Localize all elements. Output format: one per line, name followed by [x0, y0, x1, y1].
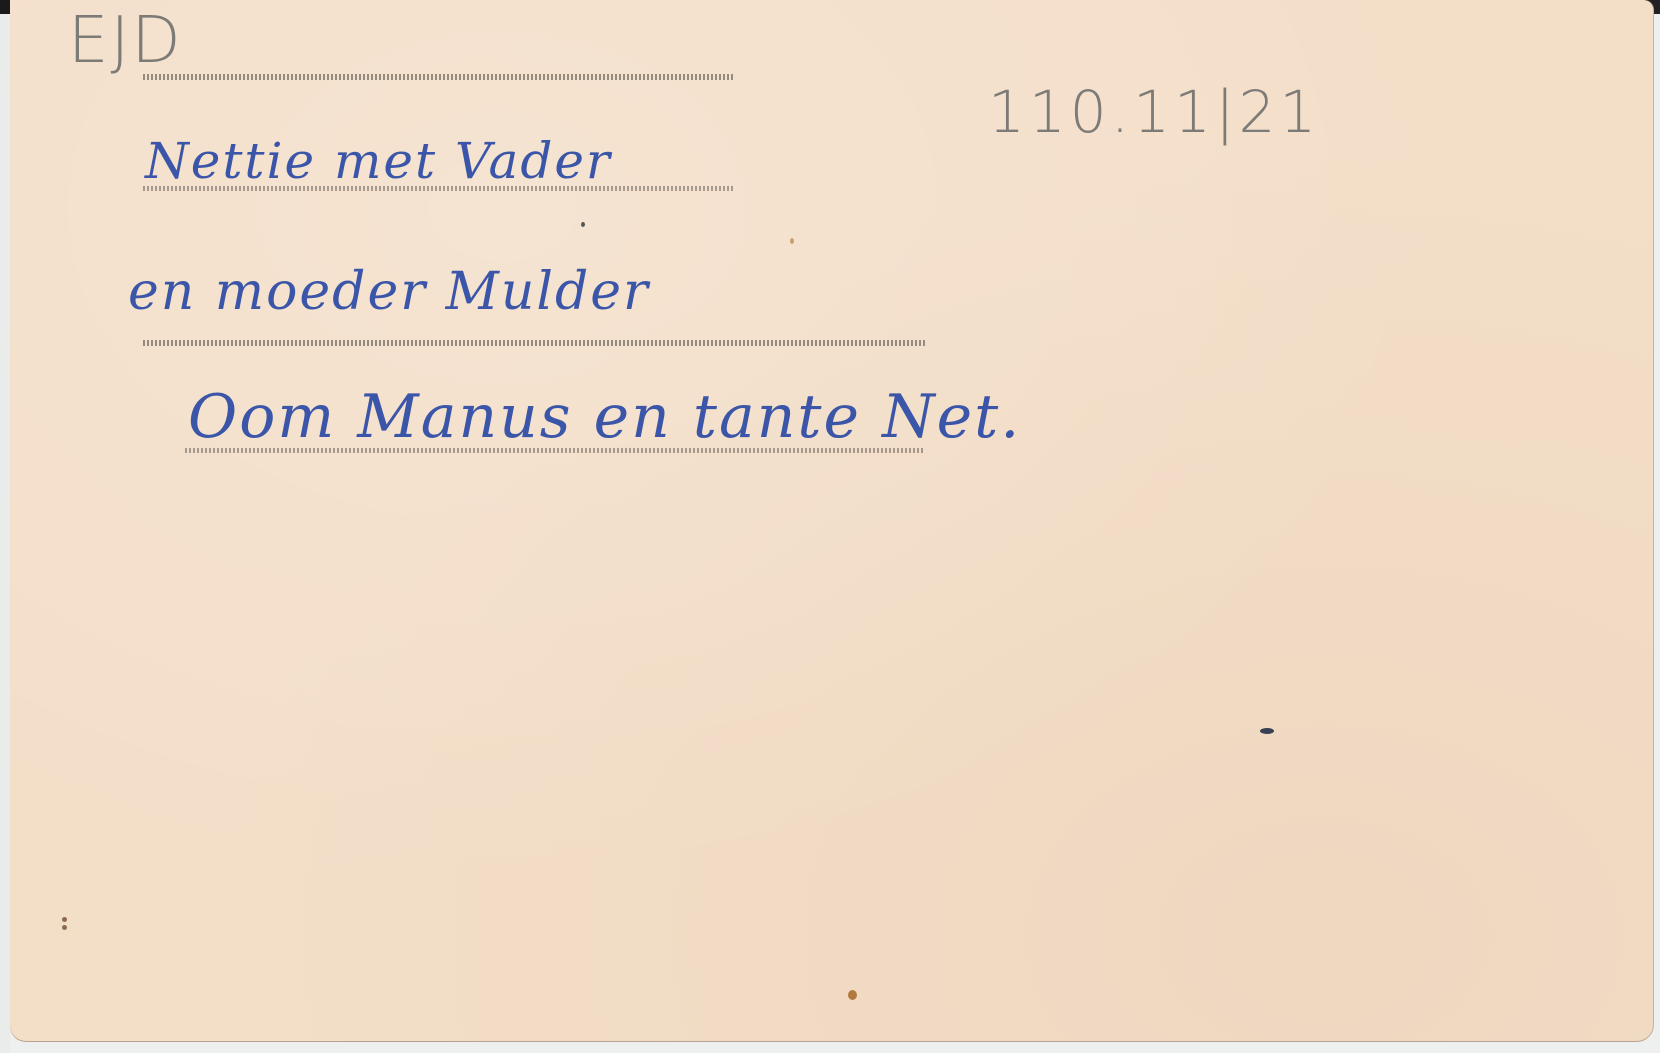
- scan-background-left: [0, 0, 10, 1053]
- ruled-line-3: [143, 340, 925, 346]
- stain-spot-left-2: [62, 925, 67, 930]
- handwritten-line-2: en moeder Mulder: [128, 262, 650, 322]
- ink-speck: [1260, 728, 1274, 734]
- ruled-line-1: [143, 74, 733, 80]
- stain-spot-tan: [790, 238, 794, 244]
- stain-spot-left: [62, 917, 67, 922]
- pencil-reference-number: 110.11|21: [988, 78, 1320, 146]
- pencil-initials: EJD: [68, 4, 183, 78]
- stain-spot-small: [581, 222, 585, 227]
- stain-spot: [848, 990, 857, 1000]
- handwritten-line-3: Oom Manus en tante Net.: [188, 382, 1021, 452]
- handwritten-line-1: Nettie met Vader: [145, 132, 612, 190]
- photo-card-back: EJD 110.11|21 Nettie met Vader en moeder…: [10, 0, 1653, 1041]
